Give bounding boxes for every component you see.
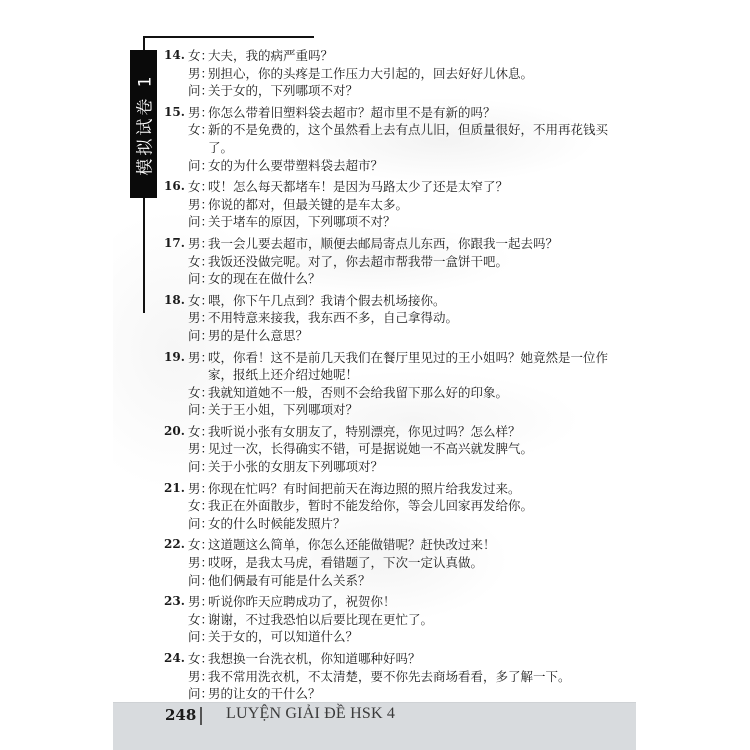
dialogue-text: 男的是什么意思？ bbox=[208, 327, 624, 345]
question-number bbox=[164, 440, 188, 458]
question-item: 14.女：大夫，我的病严重吗？男：别担心，你的头疼是工作压力大引起的，回去好好儿… bbox=[164, 47, 624, 100]
dialogue-line: 15.男：你怎么带着旧塑料袋去超市？超市里不是有新的吗？ bbox=[164, 104, 624, 122]
page-number: 248 bbox=[165, 706, 196, 724]
dialogue-line: 问：关于小张的女朋友下列哪项对？ bbox=[164, 458, 624, 476]
speaker-label: 男： bbox=[188, 235, 208, 253]
question-item: 16.女：哎！怎么每天都堵车！是因为马路太少了还是太窄了？男：你说的都对，但最关… bbox=[164, 178, 624, 231]
dialogue-line: 22.女：这道题这么简单，你怎么还能做错呢？赶快改过来！ bbox=[164, 536, 624, 554]
dialogue-text: 你现在忙吗？有时间把前天在海边照的照片给我发过来。 bbox=[208, 480, 624, 498]
speaker-label: 问： bbox=[188, 213, 208, 231]
speaker-label: 男： bbox=[188, 309, 208, 327]
question-item: 15.男：你怎么带着旧塑料袋去超市？超市里不是有新的吗？女：新的不是免费的，这个… bbox=[164, 104, 624, 174]
speaker-label: 女： bbox=[188, 423, 208, 441]
question-item: 18.女：喂，你下午几点到？我请个假去机场接你。男：不用特意来接我，我东西不多，… bbox=[164, 292, 624, 345]
speaker-label: 女： bbox=[188, 47, 208, 65]
question-number bbox=[164, 366, 188, 384]
dialogue-text: 我不常用洗衣机，不太清楚，要不你先去商场看看，多了解一下。 bbox=[208, 668, 624, 686]
question-number: 16. bbox=[164, 178, 188, 196]
question-number: 24. bbox=[164, 650, 188, 668]
dialogue-list: 14.女：大夫，我的病严重吗？男：别担心，你的头疼是工作压力大引起的，回去好好儿… bbox=[164, 47, 624, 707]
question-number bbox=[164, 157, 188, 175]
dialogue-line: 问：关于王小姐，下列哪项对？ bbox=[164, 401, 624, 419]
speaker-label: 男： bbox=[188, 349, 208, 367]
dialogue-text: 关于小张的女朋友下列哪项对？ bbox=[208, 458, 624, 476]
dialogue-text: 女的什么时候能发照片？ bbox=[208, 515, 624, 533]
question-number: 19. bbox=[164, 349, 188, 367]
dialogue-text: 哎！怎么每天都堵车！是因为马路太少了还是太窄了？ bbox=[208, 178, 624, 196]
question-number: 21. bbox=[164, 480, 188, 498]
speaker-label: 问： bbox=[188, 157, 208, 175]
dialogue-line: 了。 bbox=[164, 139, 624, 157]
question-number bbox=[164, 458, 188, 476]
question-number bbox=[164, 253, 188, 271]
dialogue-text: 别担心，你的头疼是工作压力大引起的，回去好好儿休息。 bbox=[208, 65, 624, 83]
footer-divider bbox=[200, 707, 202, 725]
dialogue-text: 我一会儿要去超市，顺便去邮局寄点儿东西，你跟我一起去吗？ bbox=[208, 235, 624, 253]
dialogue-text: 哎呀，是我太马虎，看错题了，下次一定认真做。 bbox=[208, 554, 624, 572]
dialogue-line: 23.男：听说你昨天应聘成功了，祝贺你！ bbox=[164, 593, 624, 611]
speaker-label: 男： bbox=[188, 196, 208, 214]
dialogue-text: 男的让女的干什么？ bbox=[208, 685, 624, 703]
question-number: 15. bbox=[164, 104, 188, 122]
question-number bbox=[164, 554, 188, 572]
speaker-label: 男： bbox=[188, 554, 208, 572]
question-number bbox=[164, 497, 188, 515]
question-number: 17. bbox=[164, 235, 188, 253]
question-number bbox=[164, 628, 188, 646]
dialogue-text: 关于女的，下列哪项不对？ bbox=[208, 82, 624, 100]
question-number bbox=[164, 309, 188, 327]
speaker-label: 女： bbox=[188, 178, 208, 196]
speaker-label: 女： bbox=[188, 384, 208, 402]
dialogue-text: 关于女的，可以知道什么？ bbox=[208, 628, 624, 646]
dialogue-text: 他们俩最有可能是什么关系？ bbox=[208, 572, 624, 590]
speaker-label: 女： bbox=[188, 253, 208, 271]
dialogue-line: 女：我就知道她不一般，否则不会给我留下那么好的印象。 bbox=[164, 384, 624, 402]
dialogue-line: 18.女：喂，你下午几点到？我请个假去机场接你。 bbox=[164, 292, 624, 310]
question-number bbox=[164, 611, 188, 629]
dialogue-line: 女：我正在外面散步，暂时不能发给你，等会儿回家再发给你。 bbox=[164, 497, 624, 515]
dialogue-text: 了。 bbox=[208, 139, 624, 157]
dialogue-line: 问：女的现在在做什么？ bbox=[164, 270, 624, 288]
dialogue-text: 见过一次，长得确实不错，可是据说她一不高兴就发脾气。 bbox=[208, 440, 624, 458]
dialogue-text: 你怎么带着旧塑料袋去超市？超市里不是有新的吗？ bbox=[208, 104, 624, 122]
speaker-label: 女： bbox=[188, 292, 208, 310]
speaker-label bbox=[188, 366, 208, 384]
speaker-label: 男： bbox=[188, 440, 208, 458]
question-number bbox=[164, 401, 188, 419]
question-number: 18. bbox=[164, 292, 188, 310]
dialogue-line: 问：关于堵车的原因，下列哪项不对？ bbox=[164, 213, 624, 231]
top-rule bbox=[143, 36, 314, 38]
section-side-tab: 模拟试卷 1 bbox=[130, 50, 157, 198]
speaker-label: 问： bbox=[188, 458, 208, 476]
question-number bbox=[164, 213, 188, 231]
dialogue-line: 男：你说的都对，但最关键的是车太多。 bbox=[164, 196, 624, 214]
dialogue-text: 喂，你下午几点到？我请个假去机场接你。 bbox=[208, 292, 624, 310]
question-number bbox=[164, 685, 188, 703]
dialogue-text: 不用特意来接我，我东西不多，自己拿得动。 bbox=[208, 309, 624, 327]
question-number bbox=[164, 572, 188, 590]
dialogue-line: 女：谢谢，不过我恐怕以后要比现在更忙了。 bbox=[164, 611, 624, 629]
question-number bbox=[164, 327, 188, 345]
dialogue-line: 问：关于女的，下列哪项不对？ bbox=[164, 82, 624, 100]
dialogue-line: 17.男：我一会儿要去超市，顺便去邮局寄点儿东西，你跟我一起去吗？ bbox=[164, 235, 624, 253]
question-number bbox=[164, 82, 188, 100]
dialogue-line: 问：女的为什么要带塑料袋去超市？ bbox=[164, 157, 624, 175]
question-number bbox=[164, 139, 188, 157]
dialogue-line: 问：男的让女的干什么？ bbox=[164, 685, 624, 703]
question-item: 19.男：哎，你看！这不是前几天我们在餐厅里见过的王小姐吗？她竟然是一位作家，报… bbox=[164, 349, 624, 419]
dialogue-line: 14.女：大夫，我的病严重吗？ bbox=[164, 47, 624, 65]
speaker-label: 女： bbox=[188, 536, 208, 554]
question-number: 23. bbox=[164, 593, 188, 611]
dialogue-line: 20.女：我听说小张有女朋友了，特别漂亮，你见过吗？怎么样？ bbox=[164, 423, 624, 441]
dialogue-line: 问：女的什么时候能发照片？ bbox=[164, 515, 624, 533]
dialogue-line: 问：他们俩最有可能是什么关系？ bbox=[164, 572, 624, 590]
dialogue-line: 16.女：哎！怎么每天都堵车！是因为马路太少了还是太窄了？ bbox=[164, 178, 624, 196]
dialogue-line: 男：哎呀，是我太马虎，看错题了，下次一定认真做。 bbox=[164, 554, 624, 572]
speaker-label bbox=[188, 139, 208, 157]
question-item: 21.男：你现在忙吗？有时间把前天在海边照的照片给我发过来。女：我正在外面散步，… bbox=[164, 480, 624, 533]
speaker-label: 男： bbox=[188, 668, 208, 686]
dialogue-line: 24.女：我想换一台洗衣机，你知道哪种好吗？ bbox=[164, 650, 624, 668]
question-number: 20. bbox=[164, 423, 188, 441]
dialogue-text: 我听说小张有女朋友了，特别漂亮，你见过吗？怎么样？ bbox=[208, 423, 624, 441]
speaker-label: 男： bbox=[188, 480, 208, 498]
dialogue-text: 我正在外面散步，暂时不能发给你，等会儿回家再发给你。 bbox=[208, 497, 624, 515]
question-number bbox=[164, 196, 188, 214]
dialogue-line: 问：男的是什么意思？ bbox=[164, 327, 624, 345]
question-number: 22. bbox=[164, 536, 188, 554]
dialogue-text: 听说你昨天应聘成功了，祝贺你！ bbox=[208, 593, 624, 611]
dialogue-line: 家，报纸上还介绍过她呢！ bbox=[164, 366, 624, 384]
dialogue-text: 女的现在在做什么？ bbox=[208, 270, 624, 288]
dialogue-line: 男：不用特意来接我，我东西不多，自己拿得动。 bbox=[164, 309, 624, 327]
dialogue-line: 19.男：哎，你看！这不是前几天我们在餐厅里见过的王小姐吗？她竟然是一位作 bbox=[164, 349, 624, 367]
question-item: 24.女：我想换一台洗衣机，你知道哪种好吗？男：我不常用洗衣机，不太清楚，要不你… bbox=[164, 650, 624, 703]
dialogue-line: 男：别担心，你的头疼是工作压力大引起的，回去好好儿休息。 bbox=[164, 65, 624, 83]
dialogue-line: 21.男：你现在忙吗？有时间把前天在海边照的照片给我发过来。 bbox=[164, 480, 624, 498]
speaker-label: 问： bbox=[188, 572, 208, 590]
speaker-label: 问： bbox=[188, 270, 208, 288]
section-tab-label: 模拟试卷 1 bbox=[131, 73, 156, 175]
dialogue-text: 大夫，我的病严重吗？ bbox=[208, 47, 624, 65]
dialogue-line: 男：我不常用洗衣机，不太清楚，要不你先去商场看看，多了解一下。 bbox=[164, 668, 624, 686]
dialogue-text: 你说的都对，但最关键的是车太多。 bbox=[208, 196, 624, 214]
dialogue-line: 女：我饭还没做完呢。对了，你去超市帮我带一盒饼干吧。 bbox=[164, 253, 624, 271]
question-number bbox=[164, 668, 188, 686]
speaker-label: 男： bbox=[188, 65, 208, 83]
dialogue-text: 我想换一台洗衣机，你知道哪种好吗？ bbox=[208, 650, 624, 668]
question-number: 14. bbox=[164, 47, 188, 65]
dialogue-text: 谢谢，不过我恐怕以后要比现在更忙了。 bbox=[208, 611, 624, 629]
dialogue-text: 关于堵车的原因，下列哪项不对？ bbox=[208, 213, 624, 231]
dialogue-text: 我饭还没做完呢。对了，你去超市帮我带一盒饼干吧。 bbox=[208, 253, 624, 271]
speaker-label: 男： bbox=[188, 593, 208, 611]
speaker-label: 女： bbox=[188, 650, 208, 668]
dialogue-text: 关于王小姐，下列哪项对？ bbox=[208, 401, 624, 419]
speaker-label: 女： bbox=[188, 497, 208, 515]
question-item: 22.女：这道题这么简单，你怎么还能做错呢？赶快改过来！男：哎呀，是我太马虎，看… bbox=[164, 536, 624, 589]
dialogue-line: 问：关于女的，可以知道什么？ bbox=[164, 628, 624, 646]
question-number bbox=[164, 384, 188, 402]
dialogue-text: 这道题这么简单，你怎么还能做错呢？赶快改过来！ bbox=[208, 536, 624, 554]
dialogue-text: 新的不是免费的，这个虽然看上去有点儿旧，但质量很好，不用再花钱买 bbox=[208, 121, 624, 139]
question-number bbox=[164, 65, 188, 83]
book-page: 模拟试卷 1 14.女：大夫，我的病严重吗？男：别担心，你的头疼是工作压力大引起… bbox=[113, 0, 636, 750]
question-number bbox=[164, 515, 188, 533]
question-item: 17.男：我一会儿要去超市，顺便去邮局寄点儿东西，你跟我一起去吗？女：我饭还没做… bbox=[164, 235, 624, 288]
book-title: LUYỆN GIẢI ĐỀ HSK 4 bbox=[226, 705, 395, 723]
dialogue-text: 我就知道她不一般，否则不会给我留下那么好的印象。 bbox=[208, 384, 624, 402]
dialogue-text: 女的为什么要带塑料袋去超市？ bbox=[208, 157, 624, 175]
speaker-label: 问： bbox=[188, 401, 208, 419]
speaker-label: 问： bbox=[188, 685, 208, 703]
question-item: 23.男：听说你昨天应聘成功了，祝贺你！女：谢谢，不过我恐怕以后要比现在更忙了。… bbox=[164, 593, 624, 646]
page-footer: 248 LUYỆN GIẢI ĐỀ HSK 4 bbox=[113, 702, 636, 750]
speaker-label: 问： bbox=[188, 515, 208, 533]
question-number bbox=[164, 270, 188, 288]
speaker-label: 问： bbox=[188, 82, 208, 100]
speaker-label: 问： bbox=[188, 628, 208, 646]
dialogue-text: 家，报纸上还介绍过她呢！ bbox=[208, 366, 624, 384]
dialogue-line: 男：见过一次，长得确实不错，可是据说她一不高兴就发脾气。 bbox=[164, 440, 624, 458]
dialogue-text: 哎，你看！这不是前几天我们在餐厅里见过的王小姐吗？她竟然是一位作 bbox=[208, 349, 624, 367]
question-number bbox=[164, 121, 188, 139]
speaker-label: 男： bbox=[188, 104, 208, 122]
speaker-label: 女： bbox=[188, 611, 208, 629]
speaker-label: 女： bbox=[188, 121, 208, 139]
question-item: 20.女：我听说小张有女朋友了，特别漂亮，你见过吗？怎么样？男：见过一次，长得确… bbox=[164, 423, 624, 476]
dialogue-line: 女：新的不是免费的，这个虽然看上去有点儿旧，但质量很好，不用再花钱买 bbox=[164, 121, 624, 139]
speaker-label: 问： bbox=[188, 327, 208, 345]
